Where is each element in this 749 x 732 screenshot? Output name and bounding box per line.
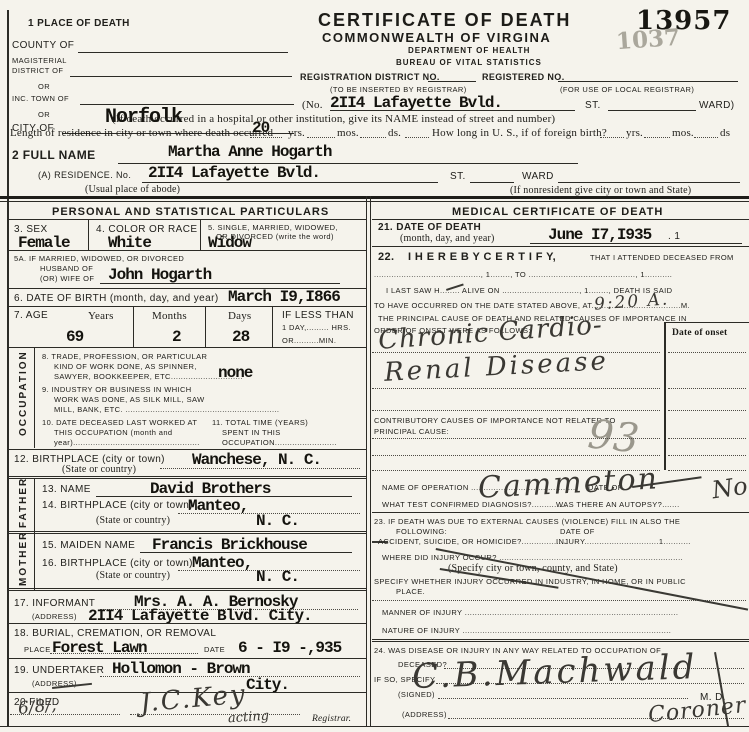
us-mos-blank [644, 137, 670, 138]
mos-label-2: mos. [672, 127, 694, 139]
row12-bottom-line2 [8, 478, 366, 479]
residence-value: 2II4 Lafayette Bvld. [148, 164, 320, 182]
manner-of-injury-label: MANNER OF INJURY .......................… [382, 608, 678, 617]
f12-value: Wanchese, N. C. [192, 451, 321, 469]
reg-note-1: (TO BE INSERTED BY REGISTRAR) [330, 85, 467, 94]
address-dotline [448, 718, 744, 719]
f9-label-3: MILL, BANK, ETC. .......................… [54, 405, 279, 414]
row23-bottom-line2 [372, 641, 749, 642]
contrib-dotline-1 [372, 438, 660, 439]
f23-public-label-2: PLACE. [396, 587, 425, 596]
or-label-1: OR [38, 82, 50, 91]
contributory-label-1: CONTRIBUTORY CAUSES OF IMPORTANCE NOT RE… [374, 416, 616, 425]
f18-date-value: 6 - I9 -,935 [238, 639, 341, 657]
inc-town-blank-line [80, 104, 294, 105]
reg-note-2: (FOR USE OF LOCAL REGISTRAR) [560, 85, 694, 94]
contributory-label-2: PRINCIPAL CAUSE: [374, 427, 449, 436]
f22-number: 22. [378, 251, 395, 263]
occupation-bottom-line [8, 449, 366, 450]
autopsy-no-handwriting: No [710, 472, 749, 505]
contrib-dotline-2 [372, 455, 660, 456]
f10-label-2: THIS OCCUPATION (month and [54, 428, 172, 437]
age-div-2 [205, 306, 206, 347]
f14-value-2: N. C. [256, 512, 299, 530]
f21-tail: . 1 [668, 231, 680, 242]
f22-attended-label: THAT I ATTENDED DECEASED FROM [590, 253, 734, 262]
row23-bottom-line [372, 639, 749, 640]
f17-note: (ADDRESS) [32, 612, 77, 621]
ward-line-2 [558, 182, 740, 183]
res-yrs-blank [250, 137, 282, 138]
st-line-2 [470, 182, 514, 183]
f20-dotline-1 [10, 714, 120, 715]
f18-place-value: Forest Lawn [52, 639, 147, 657]
marital-label-1: 5. SINGLE, MARRIED, WIDOWED, [208, 223, 338, 232]
f16-label: 16. BIRTHPLACE (city or town) [42, 558, 193, 569]
if-less-label-3: OR..........MIN. [282, 336, 336, 345]
if-less-label-2: 1 DAY,......... HRS. [282, 323, 351, 332]
f21-label: 21. DATE OF DEATH [378, 222, 481, 233]
spouse-underline [100, 283, 340, 284]
onset-box-left [664, 322, 666, 470]
f18-date-label: DATE [204, 645, 225, 654]
nature-of-injury-label: NATURE OF INJURY .......................… [382, 626, 671, 635]
signed-dotline [438, 698, 688, 699]
age-div-3 [272, 306, 273, 347]
street-no-paren: (No. [302, 99, 323, 111]
full-name-value: Martha Anne Hogarth [168, 143, 331, 161]
father-inner-rule [34, 478, 35, 533]
registration-district-label: REGISTRATION DISTRICT NO. [300, 72, 440, 82]
f12-dotline [160, 468, 360, 469]
f9-label-2: WORK WAS DONE, AS SILK MILL, SAW [54, 395, 205, 404]
death-certificate-document: 1 PLACE OF DEATH COUNTY OF MAGISTERIAL D… [0, 0, 749, 732]
age-days-value: 28 [232, 328, 249, 346]
onset-dotline-5 [668, 455, 746, 456]
f23-date-of-label: DATE OF [560, 527, 595, 536]
f14-label: 14. BIRTHPLACE (city or town) [42, 500, 193, 511]
f5a-label-1: 5A. IF MARRIED, WIDOWED, OR DIVORCED [14, 254, 184, 263]
commonwealth-subtitle: COMMONWEALTH OF VIRGINA [322, 30, 551, 45]
acting-handwriting: acting [228, 709, 270, 727]
residence-years-value: 20 [252, 119, 269, 137]
row17-bottom-line [8, 623, 366, 624]
f16-note: (State or country) [96, 570, 170, 581]
f18-label: 18. BURIAL, CREMATION, OR REMOVAL [14, 628, 216, 639]
bottom-rule [0, 726, 749, 727]
res-ds-blank2 [405, 137, 429, 138]
onset-dotline-3 [668, 410, 746, 411]
row22-bottom-line [372, 512, 749, 513]
full-name-label: 2 FULL NAME [12, 148, 96, 162]
f18-dotline [50, 653, 198, 654]
father-vertical-label: FATHER [18, 477, 29, 528]
reg-district-blank [428, 81, 476, 82]
f10-label-1: 10. DATE DECEASED LAST WORKED AT [42, 418, 197, 427]
f5a-label-3: (OR) WIFE OF [40, 274, 94, 283]
f22-from-to-line: ........................................… [374, 270, 672, 279]
county-label: COUNTY OF [12, 40, 74, 51]
personal-section-title: PERSONAL AND STATISTICAL PARTICULARS [52, 206, 329, 218]
f15-underline [140, 552, 352, 553]
us-yrs-blank [600, 137, 624, 138]
f15-label: 15. MAIDEN NAME [42, 540, 135, 551]
st-label-2: ST. [450, 171, 466, 182]
mos-label-1: mos. [337, 127, 359, 139]
f8-label-2: KIND OF WORK DONE, AS SPINNER, [54, 362, 197, 371]
father-bottom-line [8, 531, 366, 532]
onset-dotline-6 [668, 470, 746, 471]
f11-label-2: SPENT IN THIS [222, 428, 281, 437]
st-label-1: ST. [585, 100, 601, 111]
f23-injury-label: INJURY..............................1...… [556, 537, 691, 546]
f23-label-2: FOLLOWING: [396, 527, 447, 536]
row5-bottom-line [8, 250, 366, 251]
medical-section-title: MEDICAL CERTIFICATE OF DEATH [452, 206, 663, 218]
time-of-death-handwriting: 9:20 A. [593, 289, 669, 314]
f23-accident-label: ACCIDENT, SUICIDE, OR HOMICIDE?.........… [378, 537, 569, 546]
ds-label-2: ds [720, 127, 730, 139]
address-label: (ADDRESS) [402, 710, 447, 719]
left-edge-rule [7, 10, 9, 726]
inc-town-label: INC. TOWN OF [12, 94, 69, 103]
age-div-1 [133, 306, 134, 347]
stamped-number: 1037 [615, 24, 681, 55]
if-less-label-1: IF LESS THAN [282, 310, 354, 321]
ward-label-1: WARD) [699, 100, 735, 111]
f20-dotline-2 [130, 714, 300, 715]
f21-underline [530, 243, 742, 244]
age-months-header: Months [152, 310, 187, 322]
res-mos-blank [307, 137, 335, 138]
f8-label-3: SAWYER, BOOKKEEPER, ETC.................… [54, 372, 243, 381]
f18-place-label: PLACE [24, 645, 51, 654]
res-ds-blank [360, 137, 386, 138]
date-of-death-value: June I7,I935 [548, 226, 651, 244]
onset-box-top [664, 322, 749, 323]
hospital-note: (If death occurred in a hospital or othe… [112, 113, 555, 125]
age-years-value: 69 [66, 328, 83, 346]
mother-inner-rule [34, 533, 35, 590]
f10-label-3: year)...................................… [54, 438, 200, 447]
ward-label-2: WARD [522, 171, 554, 182]
f22-certify-label: I H E R E B Y C E R T I F Y, [408, 251, 556, 263]
magisterial-label: MAGISTERIAL [12, 56, 67, 65]
mother-vertical-label: MOTHER [18, 531, 29, 586]
cause-dotline-2 [372, 388, 660, 389]
f23-label-1: 23. IF DEATH WAS DUE TO EXTERNAL CAUSES … [374, 517, 680, 526]
us-ds-blank [694, 137, 718, 138]
district-blank-line [70, 76, 292, 77]
f12-note: (State or country) [62, 464, 136, 475]
row21-bottom-line [372, 246, 749, 247]
autopsy-label: WAS THERE AN AUTOPSY?....... [556, 500, 680, 509]
f19-dotline [100, 676, 360, 677]
district-label: DISTRICT OF [12, 66, 63, 75]
f23-where-label: WHERE DID INJURY OCCUR? ................… [382, 553, 683, 562]
bureau-label: BUREAU OF VITAL STATISTICS [396, 58, 542, 67]
f19-label: 19. UNDERTAKER [14, 665, 104, 676]
f21-note: (month, day, and year) [400, 233, 495, 244]
f11-label-3: OCCUPATION......................... [222, 438, 337, 447]
mother-bottom-line2 [8, 590, 366, 591]
st-blank-line [608, 110, 696, 111]
onset-dotline-4 [668, 438, 746, 439]
street-blank-line [330, 110, 575, 111]
residence-a-label: (A) RESIDENCE. No. [38, 170, 131, 180]
row18-bottom-line [8, 658, 366, 659]
certificate-title: CERTIFICATE OF DEATH [318, 10, 571, 31]
filed-date-handwriting: 6/8/, [17, 695, 57, 719]
row7-bottom-line [8, 347, 366, 348]
f14-note: (State or country) [96, 515, 170, 526]
age-months-value: 2 [172, 328, 181, 346]
yrs-label-2: yrs. [626, 127, 643, 139]
date-of-onset-header: Date of onset [672, 328, 727, 338]
department-label: DEPARTMENT OF HEALTH [408, 46, 530, 55]
f8-value: none [218, 364, 252, 382]
header-divider-thin [0, 201, 749, 202]
county-blank-line [78, 52, 288, 53]
dob-value: March I9,I866 [228, 288, 340, 306]
f8-label-1: 8. TRADE, PROFESSION, OR PARTICULAR [42, 352, 207, 361]
or-label-2: OR [38, 110, 50, 119]
nonresident-note: (If nonresident give city or town and St… [510, 185, 691, 196]
row6-bottom-line [8, 306, 366, 307]
age-years-header: Years [88, 310, 114, 322]
f9-label-1: 9. INDUSTRY OR BUSINESS IN WHICH [42, 385, 192, 394]
place-of-death-label: 1 PLACE OF DEATH [28, 18, 130, 29]
registered-no-label: REGISTERED NO. [482, 72, 565, 82]
us-length-label: How long in U. S., if of foreign birth? [432, 127, 607, 139]
left-title-underline [8, 219, 366, 220]
column-divider-1 [366, 196, 367, 726]
f16-value-2: N. C. [256, 568, 299, 586]
f17-label: 17. INFORMANT [14, 598, 95, 609]
cause-dotline-3 [372, 410, 660, 411]
f23-dotline [372, 600, 746, 601]
header-divider-thick [0, 196, 749, 199]
registered-blank [558, 81, 738, 82]
spouse-value: John Hogarth [108, 266, 211, 284]
yrs-label-1: yrs. [288, 127, 305, 139]
f11-label-1: 11. TOTAL TIME (YEARS) [212, 418, 308, 427]
right-title-underline [372, 219, 749, 220]
f13-label: 13. NAME [42, 484, 91, 495]
physician-signature: C.B.Machwald [411, 647, 698, 697]
mother-bottom-line [8, 588, 366, 589]
onset-dotline-2 [668, 388, 746, 389]
age-days-header: Days [228, 310, 251, 322]
residence-length-label: Length of residence in city or town wher… [10, 127, 273, 139]
abode-note: (Usual place of abode) [85, 184, 180, 195]
onset-dotline-1 [668, 352, 746, 353]
registrar-label: Registrar. [312, 714, 351, 724]
test-confirmed-label: WHAT TEST CONFIRMED DIAGNOSIS?..........… [382, 500, 567, 509]
occupation-inner-rule [34, 347, 35, 448]
column-divider-2 [370, 196, 371, 726]
dob-label: 6. DATE OF BIRTH (month, day, and year) [14, 293, 219, 304]
sex-race-divider [88, 219, 89, 250]
f5a-label-2: HUSBAND OF [40, 264, 93, 273]
age-label: 7. AGE [14, 310, 48, 321]
occupation-vertical-label: OCCUPATION [18, 350, 29, 436]
father-bottom-line2 [8, 533, 366, 534]
row12-bottom-line [8, 476, 366, 477]
race-marital-divider [200, 219, 201, 250]
ds-label-1: ds. [388, 127, 401, 139]
residence-line [142, 182, 438, 183]
